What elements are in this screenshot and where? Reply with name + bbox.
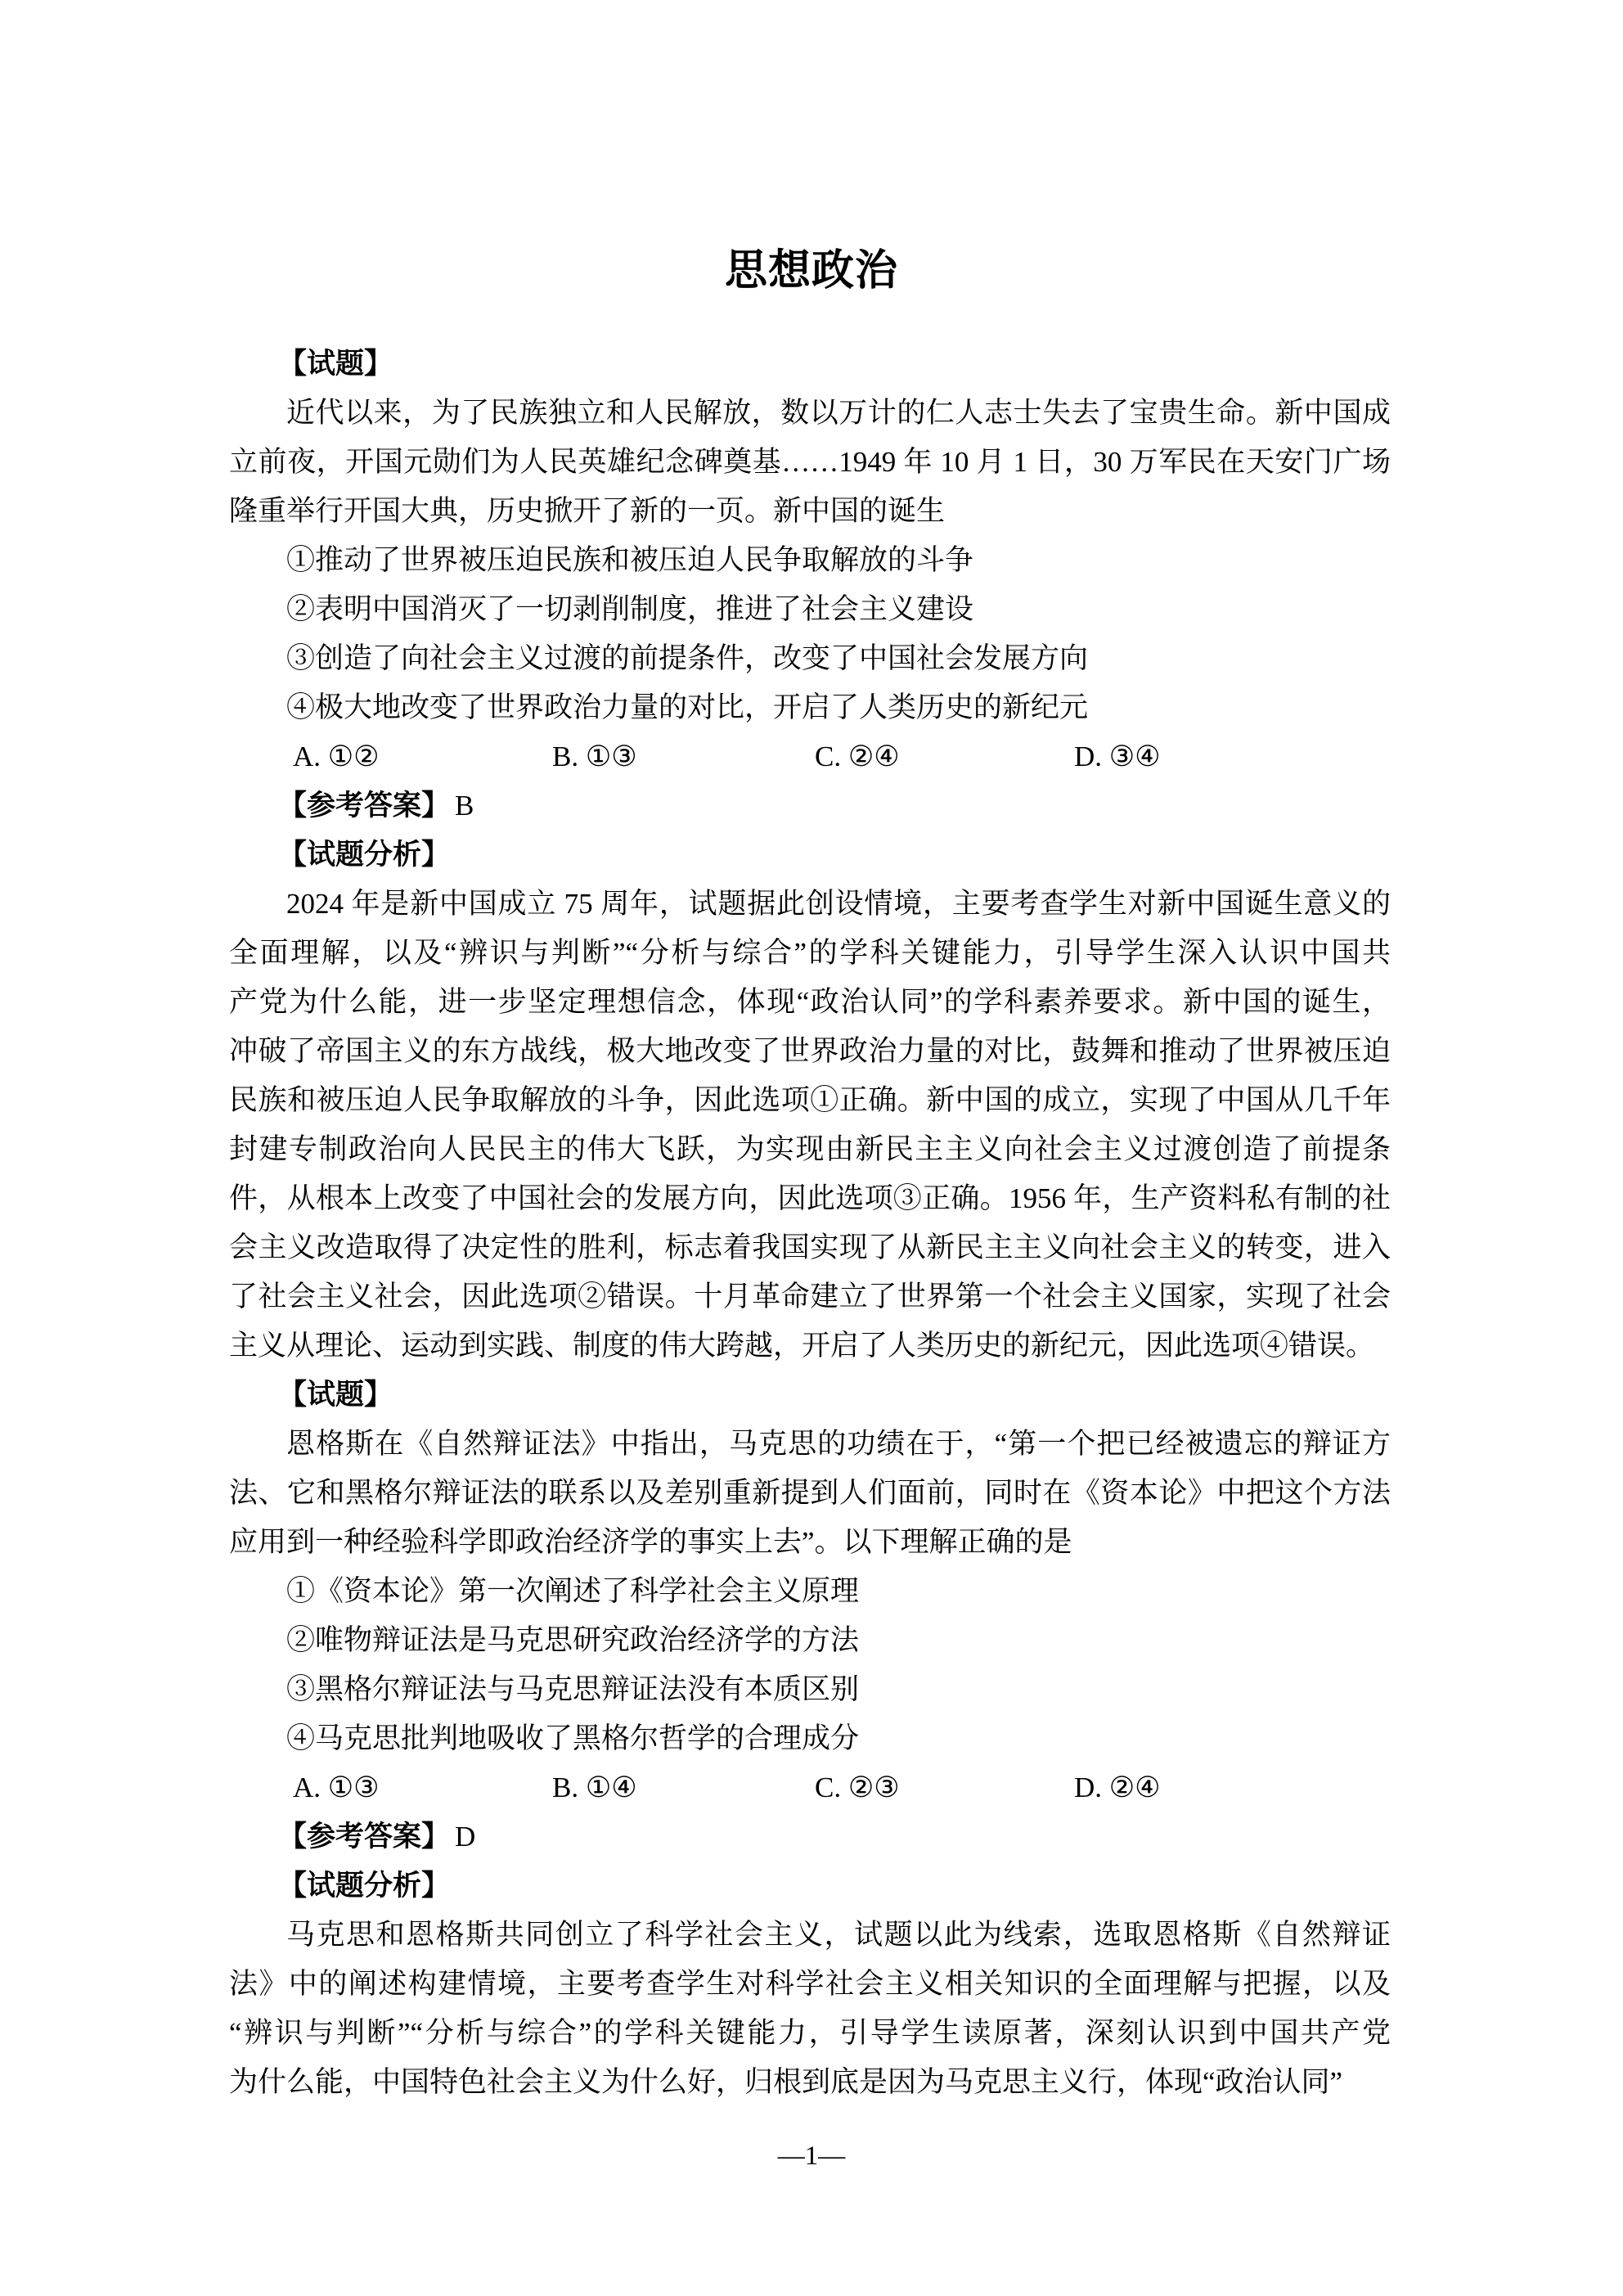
document-page: 思想政治 【试题】 近代以来，为了民族独立和人民解放，数以万计的仁人志士失去了宝… bbox=[0, 0, 1623, 2296]
q2-option-b: B. ①④ bbox=[552, 1763, 637, 1812]
q1-answer-value: B bbox=[450, 790, 474, 822]
q1-question-label: 【试题】 bbox=[229, 340, 1391, 389]
page-number: —1— bbox=[0, 2132, 1623, 2181]
q2-option-d: D. ②④ bbox=[1074, 1763, 1161, 1812]
q1-stem-line: 近代以来，为了民族独立和人民解放，数以万计的仁人志士失去了宝贵生命。新中国成 bbox=[229, 389, 1391, 438]
q1-analysis-line: 了社会主义社会，因此选项②错误。十月革命建立了世界第一个社会主义国家，实现了社会 bbox=[229, 1272, 1391, 1321]
q1-analysis-line: 主义从理论、运动到实践、制度的伟大跨越，开启了人类历史的新纪元，因此选项④错误。 bbox=[229, 1321, 1391, 1371]
q2-stem-line: 恩格斯在《自然辩证法》中指出，马克思的功绩在于，“第一个把已经被遗忘的辩证方 bbox=[229, 1420, 1391, 1469]
q1-analysis-line: 民族和被压迫人民争取解放的斗争，因此选项①正确。新中国的成立，实现了中国从几千年 bbox=[229, 1076, 1391, 1125]
q2-answer-value: D bbox=[450, 1821, 475, 1853]
q1-option-b: B. ①③ bbox=[552, 732, 637, 781]
q1-analysis-line: 2024 年是新中国成立 75 周年，试题据此创设情境，主要考查学生对新中国诞生… bbox=[229, 880, 1391, 929]
q1-choice-item-4: ④极大地改变了世界政治力量的对比，开启了人类历史的新纪元 bbox=[229, 683, 1391, 732]
q2-stem-line: 法、它和黑格尔辩证法的联系以及差别重新提到人们面前，同时在《资本论》中把这个方法 bbox=[229, 1469, 1391, 1518]
q2-analysis-line: 为什么能，中国特色社会主义为什么好，归根到底是因为马克思主义行，体现“政治认同” bbox=[229, 2058, 1391, 2107]
q1-analysis-label: 【试题分析】 bbox=[229, 831, 1391, 880]
q2-answer-line: 【参考答案】D bbox=[229, 1812, 1391, 1862]
q2-choice-item-1: ①《资本论》第一次阐述了科学社会主义原理 bbox=[229, 1567, 1391, 1616]
q2-choice-item-4: ④马克思批判地吸收了黑格尔哲学的合理成分 bbox=[229, 1714, 1391, 1763]
q1-option-a: A. ①② bbox=[293, 732, 380, 781]
q2-choice-item-2: ②唯物辩证法是马克思研究政治经济学的方法 bbox=[229, 1616, 1391, 1665]
q1-stem-line: 立前夜，开国元勋们为人民英雄纪念碑奠基……1949 年 10 月 1 日，30 … bbox=[229, 438, 1391, 487]
document-body: 【试题】 近代以来，为了民族独立和人民解放，数以万计的仁人志士失去了宝贵生命。新… bbox=[229, 340, 1391, 2107]
q2-analysis-line: “辨识与判断”“分析与综合”的学科关键能力，引导学生读原著，深刻认识到中国共产党 bbox=[229, 2009, 1391, 2058]
q2-choice-item-3: ③黑格尔辩证法与马克思辩证法没有本质区别 bbox=[229, 1665, 1391, 1714]
q1-choice-item-1: ①推动了世界被压迫民族和被压迫人民争取解放的斗争 bbox=[229, 536, 1391, 585]
q1-answer-line: 【参考答案】B bbox=[229, 781, 1391, 831]
page-title: 思想政治 bbox=[0, 243, 1623, 300]
q2-answer-label: 【参考答案】 bbox=[278, 1821, 450, 1853]
q2-option-c: C. ②③ bbox=[815, 1763, 900, 1812]
q2-analysis-line: 法》中的阐述构建情境，主要考查学生对科学社会主义相关知识的全面理解与把握，以及 bbox=[229, 1960, 1391, 2009]
q1-option-c: C. ②④ bbox=[815, 732, 900, 781]
q1-option-d: D. ③④ bbox=[1074, 732, 1161, 781]
q2-options-row: A. ①③ B. ①④ C. ②③ D. ②④ bbox=[229, 1763, 1391, 1812]
q1-analysis-line: 冲破了帝国主义的东方战线，极大地改变了世界政治力量的对比，鼓舞和推动了世界被压迫 bbox=[229, 1027, 1391, 1076]
q1-analysis-line: 件，从根本上改变了中国社会的发展方向，因此选项③正确。1956 年，生产资料私有… bbox=[229, 1174, 1391, 1223]
q1-analysis-line: 产党为什么能，进一步坚定理想信念，体现“政治认同”的学科素养要求。新中国的诞生， bbox=[229, 978, 1391, 1027]
q1-answer-label: 【参考答案】 bbox=[278, 790, 450, 822]
q1-options-row: A. ①② B. ①③ C. ②④ D. ③④ bbox=[229, 732, 1391, 781]
q1-stem-line: 隆重举行开国大典，历史掀开了新的一页。新中国的诞生 bbox=[229, 487, 1391, 536]
q2-analysis-line: 马克思和恩格斯共同创立了科学社会主义，试题以此为线索，选取恩格斯《自然辩证 bbox=[229, 1911, 1391, 1960]
q1-choice-item-3: ③创造了向社会主义过渡的前提条件，改变了中国社会发展方向 bbox=[229, 634, 1391, 683]
q1-analysis-line: 全面理解，以及“辨识与判断”“分析与综合”的学科关键能力，引导学生深入认识中国共 bbox=[229, 929, 1391, 978]
q1-analysis-line: 会主义改造取得了决定性的胜利，标志着我国实现了从新民主主义向社会主义的转变，进入 bbox=[229, 1223, 1391, 1272]
q2-question-label: 【试题】 bbox=[229, 1371, 1391, 1420]
q2-option-a: A. ①③ bbox=[293, 1763, 380, 1812]
q1-choice-item-2: ②表明中国消灭了一切剥削制度，推进了社会主义建设 bbox=[229, 585, 1391, 634]
q2-analysis-label: 【试题分析】 bbox=[229, 1862, 1391, 1911]
q2-stem-line: 应用到一种经验科学即政治经济学的事实上去”。以下理解正确的是 bbox=[229, 1518, 1391, 1567]
q1-analysis-line: 封建专制政治向人民民主的伟大飞跃，为实现由新民主主义向社会主义过渡创造了前提条 bbox=[229, 1125, 1391, 1174]
